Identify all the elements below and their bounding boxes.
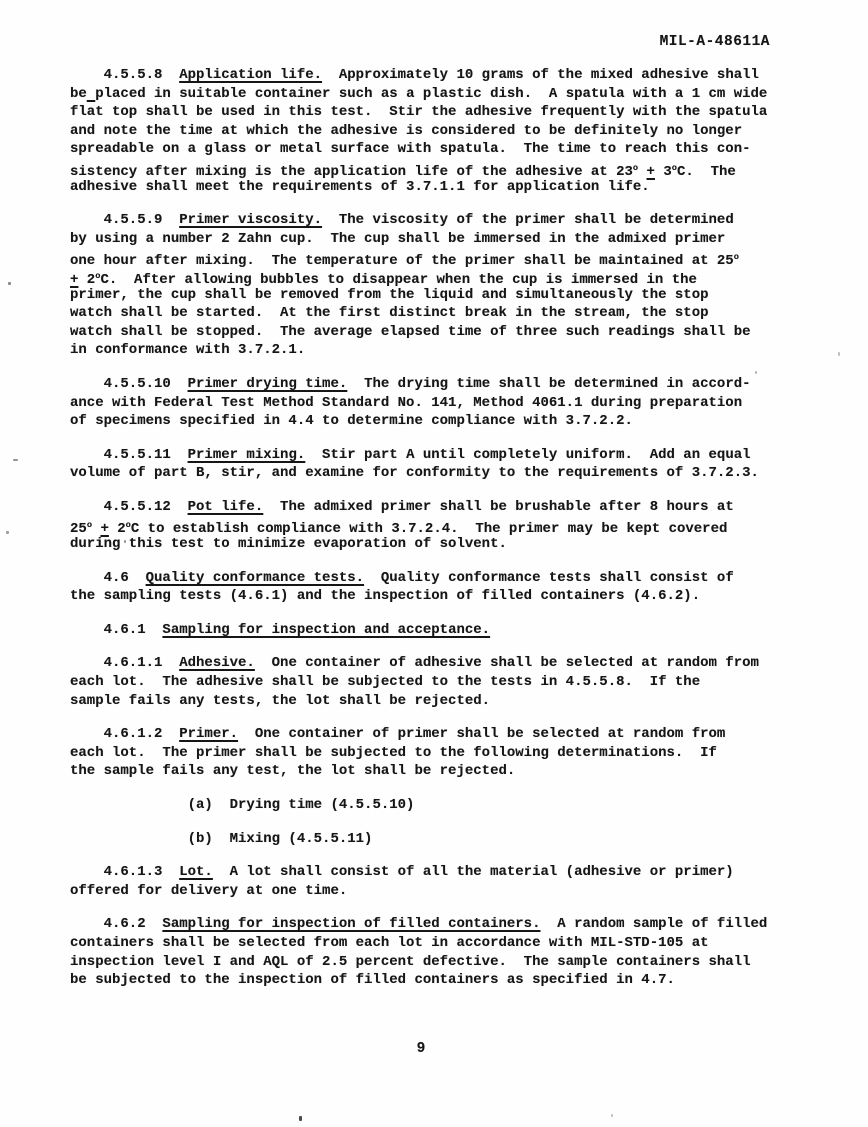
document-page: MIL-A-48611A 4.5.5.8 Application life. A… [0,0,868,1127]
text-line: 4.6.1 Sampling for inspection and accept… [70,621,790,640]
text-line: 4.6.1.1 Adhesive. One container of adhes… [70,654,790,673]
text-line: and note the time at which the adhesive … [70,122,790,141]
text-line: be subjected to the inspection of filled… [70,971,790,990]
text-line: 4.6.2 Sampling for inspection of filled … [70,915,790,934]
section-4.5.5.11: 4.5.5.11 Primer mixing. Stir part A unti… [70,446,790,483]
section-4.6.1.2: 4.6.1.2 Primer. One container of primer … [70,725,790,781]
text-line: + 2oC. After allowing bubbles to disappe… [70,267,790,286]
text-line: (a) Drying time (4.5.5.10) [70,796,790,815]
scan-speckle [838,352,840,356]
text-line: 4.6.1.3 Lot. A lot shall consist of all … [70,863,790,882]
section-4.5.5.9: 4.5.5.9 Primer viscosity. The viscosity … [70,211,790,360]
text-line: each lot. The adhesive shall be subjecte… [70,673,790,692]
text-line: watch shall be started. At the first dis… [70,304,790,323]
text-line: adhesive shall meet the requirements of … [70,178,790,197]
scan-speckle [13,459,18,461]
text-line: during this test to minimize evaporation… [70,535,790,554]
scan-speckle [124,540,126,543]
text-line: sistency after mixing is the application… [70,159,790,178]
section-4.5.5.12: 4.5.5.12 Pot life. The admixed primer sh… [70,498,790,554]
section-4.6.1: 4.6.1 Sampling for inspection and accept… [70,621,790,640]
text-line: containers shall be selected from each l… [70,934,790,953]
text-line: ance with Federal Test Method Standard N… [70,394,790,413]
text-line: 4.6 Quality conformance tests. Quality c… [70,569,790,588]
text-line: by using a number 2 Zahn cup. The cup sh… [70,230,790,249]
section-4.6: 4.6 Quality conformance tests. Quality c… [70,569,790,606]
scan-speckle [755,371,757,374]
section-4.5.5.8: 4.5.5.8 Application life. Approximately … [70,66,790,196]
section-4.6.2: 4.6.2 Sampling for inspection of filled … [70,915,790,989]
document-number: MIL-A-48611A [660,34,770,50]
text-line: flat top shall be used in this test. Sti… [70,103,790,122]
text-line: 4.5.5.9 Primer viscosity. The viscosity … [70,211,790,230]
section-list-item-a: (a) Drying time (4.5.5.10) [70,796,790,815]
text-line: one hour after mixing. The temperature o… [70,248,790,267]
text-line: (b) Mixing (4.5.5.11) [70,830,790,849]
text-line: volume of part B, stir, and examine for … [70,464,790,483]
scan-speckle [611,1114,613,1117]
text-line: offered for delivery at one time. [70,882,790,901]
text-line: of specimens specified in 4.4 to determi… [70,412,790,431]
scan-speckle [6,531,9,534]
text-line: be placed in suitable container such as … [70,85,790,104]
page-number: 9 [0,1041,842,1057]
text-line: 4.5.5.8 Application life. Approximately … [70,66,790,85]
section-list-item-b: (b) Mixing (4.5.5.11) [70,830,790,849]
text-line: in conformance with 3.7.2.1. [70,341,790,360]
section-4.6.1.3: 4.6.1.3 Lot. A lot shall consist of all … [70,863,790,900]
text-line: 4.5.5.12 Pot life. The admixed primer sh… [70,498,790,517]
text-line: spreadable on a glass or metal surface w… [70,140,790,159]
text-line: watch shall be stopped. The average elap… [70,323,790,342]
text-line: sample fails any tests, the lot shall be… [70,692,790,711]
text-line: each lot. The primer shall be subjected … [70,744,790,763]
section-4.6.1.1: 4.6.1.1 Adhesive. One container of adhes… [70,654,790,710]
text-line: the sample fails any test, the lot shall… [70,762,790,781]
text-line: 25o + 2oC to establish compliance with 3… [70,516,790,535]
text-line: the sampling tests (4.6.1) and the inspe… [70,587,790,606]
document-body: 4.5.5.8 Application life. Approximately … [70,66,790,1005]
scan-speckle [299,1116,302,1121]
text-line: 4.6.1.2 Primer. One container of primer … [70,725,790,744]
text-line: 4.5.5.11 Primer mixing. Stir part A unti… [70,446,790,465]
text-line: primer, the cup shall be removed from th… [70,286,790,305]
section-4.5.5.10: 4.5.5.10 Primer drying time. The drying … [70,375,790,431]
scan-speckle [8,282,11,285]
text-line: inspection level I and AQL of 2.5 percen… [70,953,790,972]
text-line: 4.5.5.10 Primer drying time. The drying … [70,375,790,394]
